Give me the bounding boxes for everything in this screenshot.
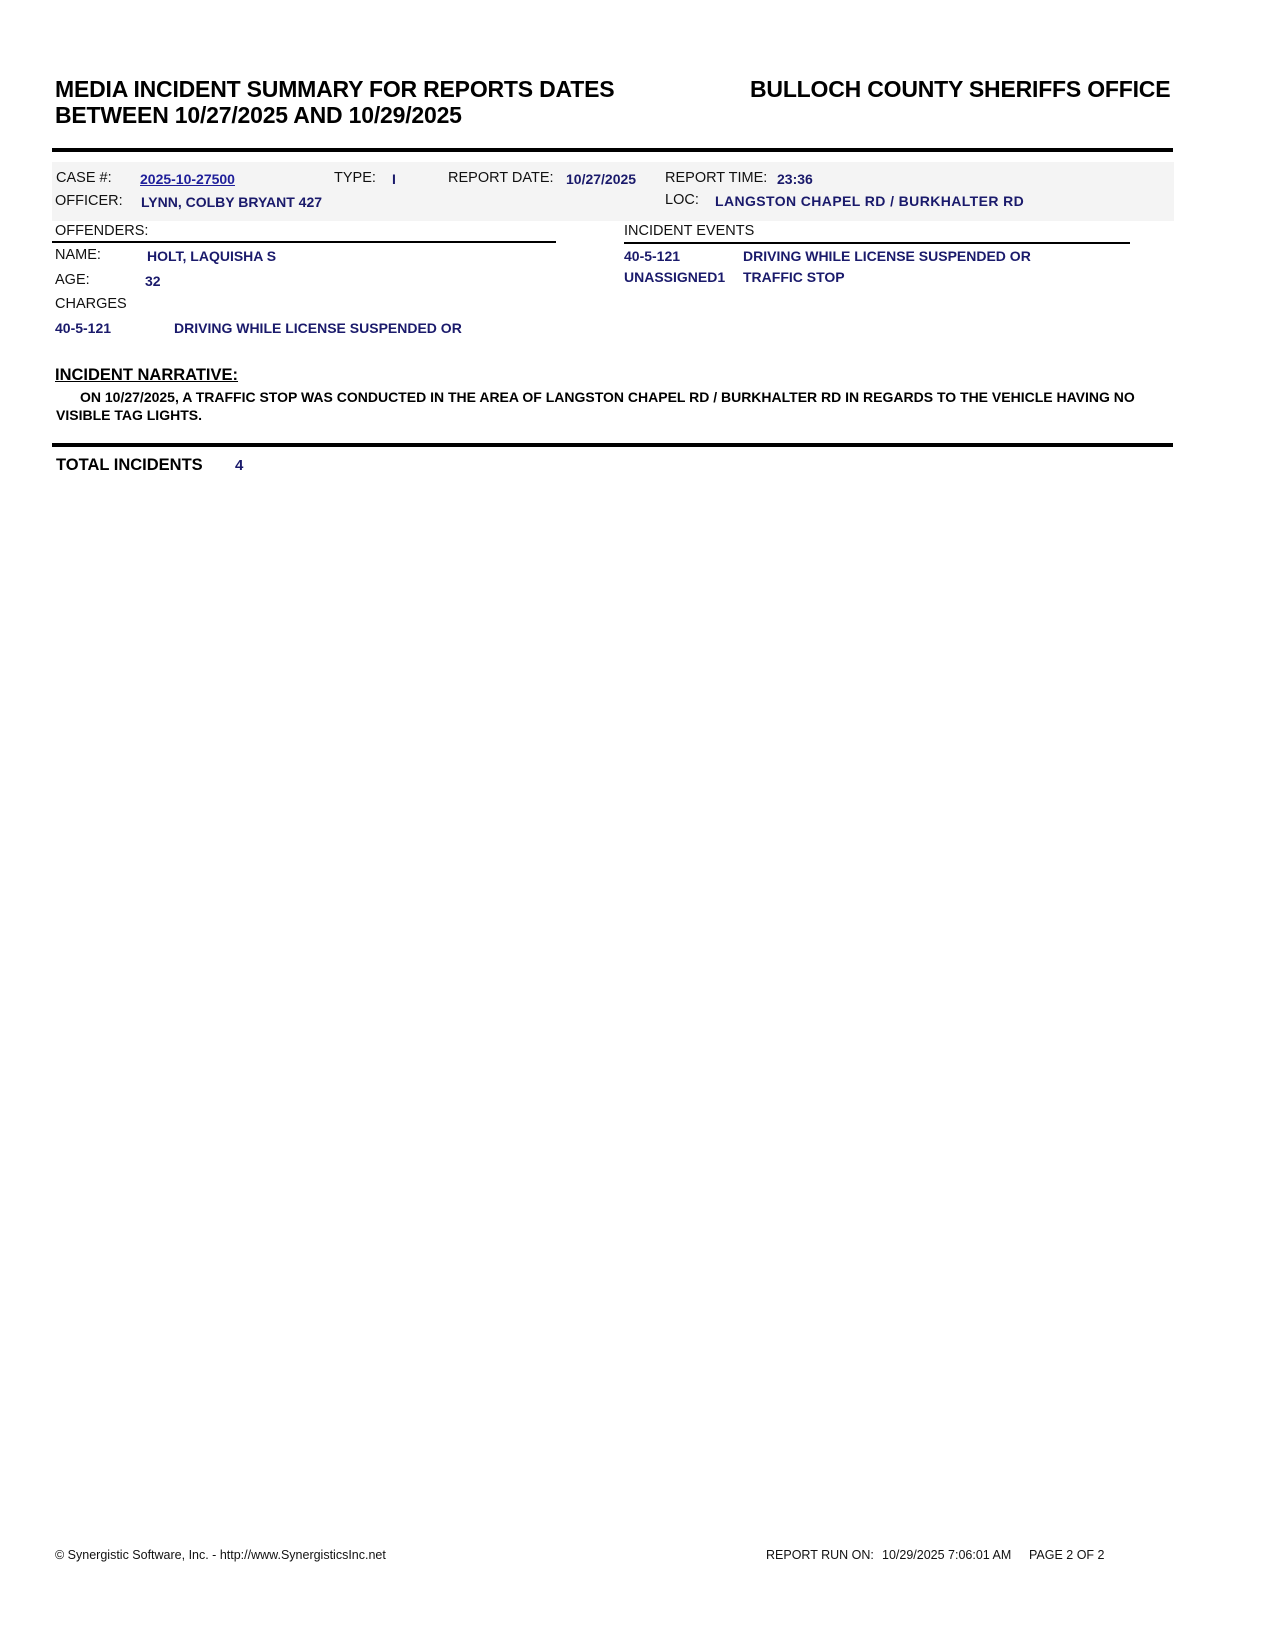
header-divider: [52, 148, 1173, 152]
total-incidents-label: TOTAL INCIDENTS: [56, 456, 203, 475]
officer-label: OFFICER:: [55, 193, 123, 209]
footer-copyright: © Synergistic Software, Inc. - http://ww…: [55, 1548, 386, 1562]
report-run-on-label: REPORT RUN ON:: [766, 1548, 874, 1562]
narrative-divider: [52, 443, 1173, 447]
charge-code: 40-5-121: [55, 320, 111, 336]
offender-name-value: HOLT, LAQUISHA S: [147, 248, 276, 264]
event-description: TRAFFIC STOP: [743, 269, 845, 285]
charges-label: CHARGES: [55, 296, 127, 312]
total-incidents-value: 4: [235, 457, 243, 474]
officer-value: LYNN, COLBY BRYANT 427: [141, 194, 322, 210]
event-description: DRIVING WHILE LICENSE SUSPENDED OR: [743, 248, 1031, 264]
report-date-label: REPORT DATE:: [448, 170, 554, 186]
type-value: I: [392, 171, 396, 187]
report-time-value: 23:36: [777, 171, 813, 187]
report-run-on-value: 10/29/2025 7:06:01 AM: [882, 1548, 1011, 1562]
event-code: 40-5-121: [624, 248, 680, 264]
offender-age-label: AGE:: [55, 272, 90, 288]
case-number-label: CASE #:: [56, 170, 112, 186]
event-code: UNASSIGNED1: [624, 269, 725, 285]
report-title-line1: MEDIA INCIDENT SUMMARY FOR REPORTS DATES: [55, 76, 614, 102]
agency-name: BULLOCH COUNTY SHERIFFS OFFICE: [750, 76, 1170, 102]
charge-description: DRIVING WHILE LICENSE SUSPENDED OR: [174, 320, 462, 336]
incident-events-underline: [624, 242, 1130, 244]
case-number-link[interactable]: 2025-10-27500: [140, 171, 235, 187]
offender-name-label: NAME:: [55, 247, 101, 263]
offenders-heading: OFFENDERS:: [55, 223, 148, 239]
incident-events-heading: INCIDENT EVENTS: [624, 223, 754, 239]
report-date-value: 10/27/2025: [566, 171, 636, 187]
report-title-line2: BETWEEN 10/27/2025 AND 10/29/2025: [55, 102, 462, 128]
page-indicator: PAGE 2 OF 2: [1029, 1548, 1105, 1562]
type-label: TYPE:: [334, 170, 376, 186]
offenders-underline: [52, 241, 556, 243]
narrative-text: ON 10/27/2025, A TRAFFIC STOP WAS CONDUC…: [56, 388, 1176, 424]
report-time-label: REPORT TIME:: [665, 170, 767, 186]
offender-age-value: 32: [145, 273, 161, 289]
narrative-heading: INCIDENT NARRATIVE:: [55, 366, 238, 385]
location-value: LANGSTON CHAPEL RD / BURKHALTER RD: [715, 193, 1024, 209]
location-label: LOC:: [665, 192, 699, 208]
